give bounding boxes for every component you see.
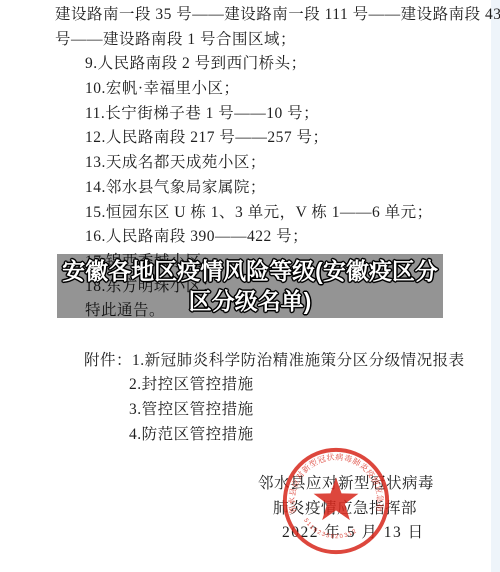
list-item-13: 13.天成名都天成苑小区；	[55, 151, 447, 176]
official-seal: 邻水县应对新型冠状病毒肺炎疫情应急指挥部 5116235020312	[277, 442, 395, 560]
overlay-title-line1: 安徽各地区疫情风险等级(安徽疫区分	[57, 256, 443, 286]
attachment-line: 附件：1.新冠肺炎科学防治精准施策分区分级情况报表	[55, 349, 447, 374]
attachment-item-3: 3.管控区管控措施	[55, 398, 447, 423]
attachment-item-2: 2.封控区管控措施	[55, 373, 447, 398]
page-edge-strip	[491, 0, 500, 572]
overlay-title-banner: 安徽各地区疫情风险等级(安徽疫区分 区分级名单)	[57, 254, 443, 318]
list-item-14: 14.邻水县气象局家属院；	[55, 176, 447, 201]
list-item-16: 16.人民路南段 390——422 号；	[55, 225, 447, 250]
spacer	[55, 324, 447, 349]
list-item-11: 11.长宁街梯子巷 1 号——10 号；	[55, 102, 447, 127]
attachment-label: 附件：	[84, 352, 132, 369]
list-item-15: 15.恒园东区 U 栋 1、3 单元，V 栋 1——6 单元；	[55, 201, 447, 226]
paragraph-line: 号——建设路南段 1 号合围区域；	[55, 28, 447, 53]
list-item-9: 9.人民路南段 2 号到西门桥头；	[55, 52, 447, 77]
paragraph-line: 建设路南一段 35 号——建设路南一段 111 号——建设路南段 43	[55, 3, 447, 28]
list-item-12: 12.人民路南段 217 号——257 号；	[55, 126, 447, 151]
star-icon	[314, 477, 359, 520]
seal-serial-number: 5116235020312	[302, 518, 359, 541]
list-item-10: 10.宏帆·幸福里小区；	[55, 77, 447, 102]
attachment-item-1: 1.新冠肺炎科学防治精准施策分区分级情况报表	[132, 352, 465, 369]
overlay-title-line2: 区分级名单)	[57, 286, 443, 316]
